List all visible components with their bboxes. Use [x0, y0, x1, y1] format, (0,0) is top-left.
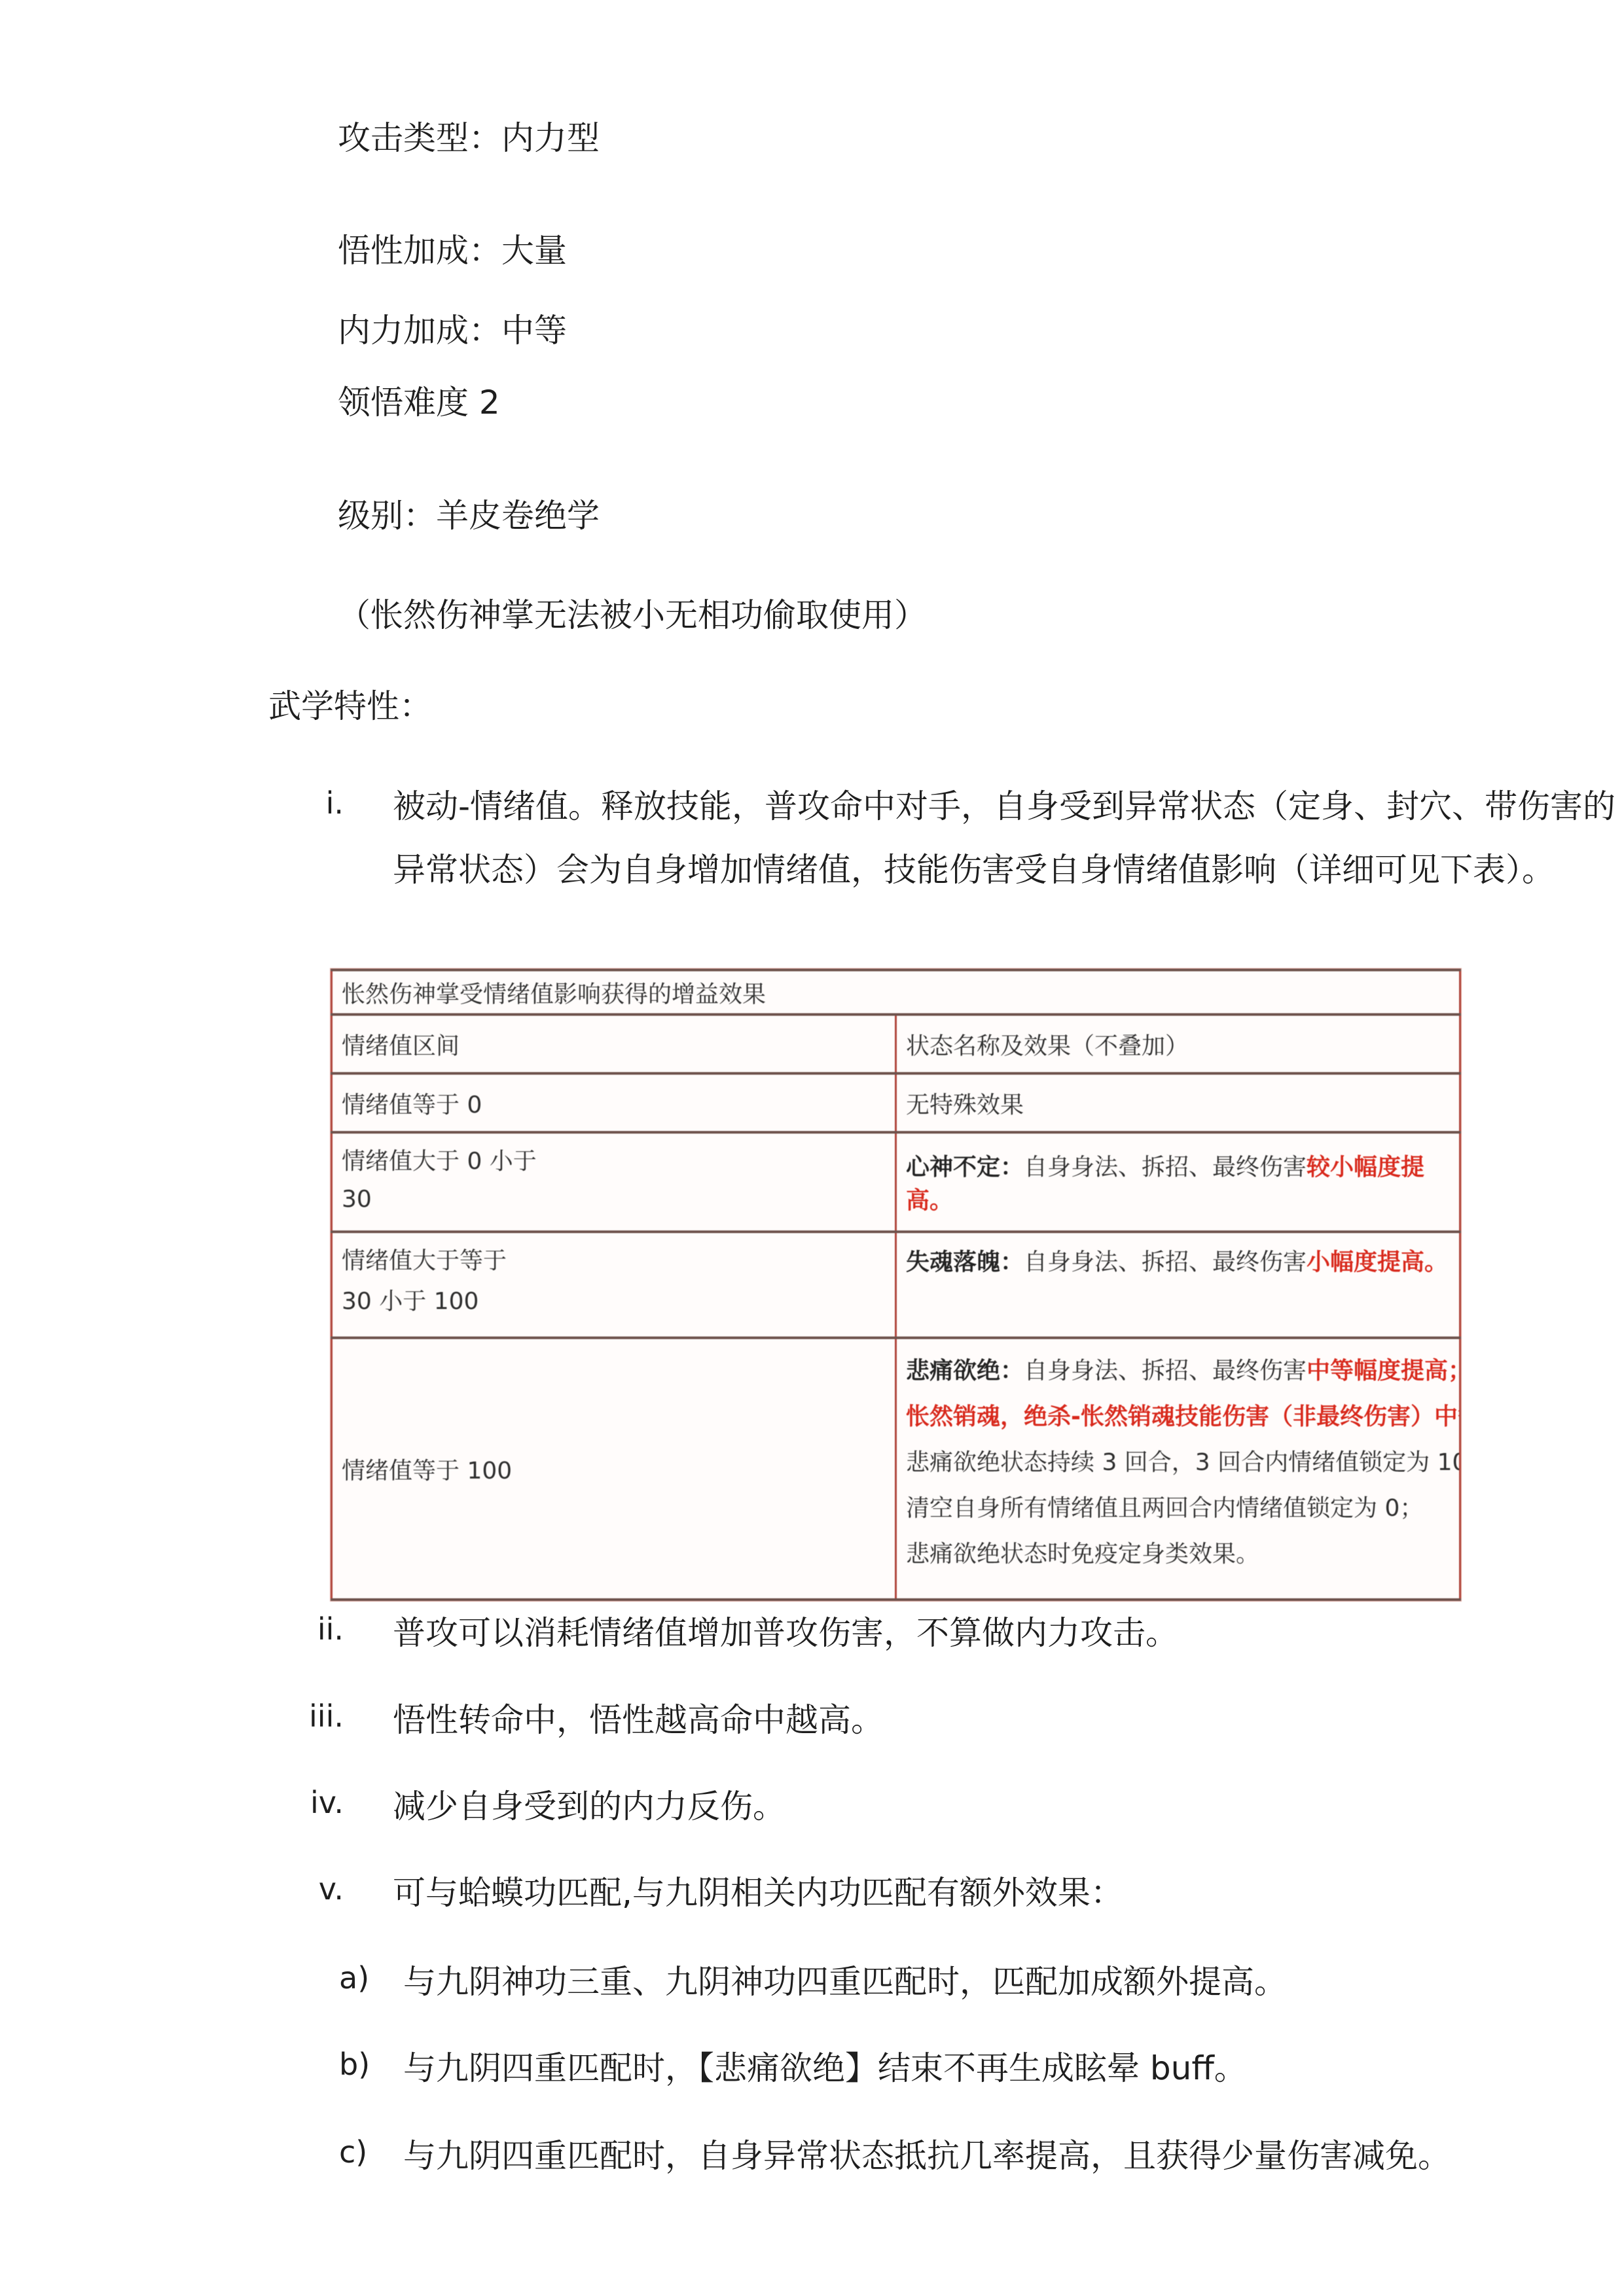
table-row: 情绪值等于 0 无特殊效果 — [332, 1073, 1460, 1132]
list-marker-b: b) — [339, 2047, 370, 2082]
table-row: 情绪值大于等于 30 小于 100 失魂落魄：自身身法、拆招、最终伤害小幅度提高… — [332, 1232, 1460, 1338]
row1-effect-mid: 自身身法、拆招、最终伤害 — [1024, 1154, 1307, 1181]
trait-iv-text: 减少自身受到的内力反伤。 — [393, 1780, 785, 1827]
row2-effect-mid: 自身身法、拆招、最终伤害 — [1024, 1249, 1307, 1276]
row3-effect-line3: 悲痛欲绝状态持续 3 回合，3 回合内情绪值锁定为 100，状态结束自身晕眩 1… — [906, 1440, 1450, 1486]
row2-effect: 失魂落魄：自身身法、拆招、最终伤害小幅度提高。 — [896, 1232, 1460, 1338]
trait-i-text: 被动-情绪值。释放技能，普攻命中对手，自身受到异常状态（定身、封穴、带伤害的 异… — [393, 780, 1615, 907]
subitem-c-text: 与九阴四重匹配时，自身异常状态抵抗几率提高，且获得少量伤害减免。 — [403, 2130, 1451, 2177]
stat-grade: 级别：羊皮卷绝学 — [338, 495, 600, 537]
table-row: 情绪值等于 100 悲痛欲绝：自身身法、拆招、最终伤害中等幅度提高； 怅然销魂，… — [332, 1338, 1460, 1600]
list-marker-iv: iv. — [285, 1785, 344, 1820]
trait-ii-text: 普攻可以消耗情绪值增加普攻伤害，不算做内力攻击。 — [393, 1607, 1178, 1654]
list-marker-iii: iii. — [285, 1698, 344, 1734]
emotion-buff-table: 怅然伤神掌受情绪值影响获得的增益效果 情绪值区间 状态名称及效果（不叠加） 情绪… — [331, 969, 1461, 1601]
trait-i-line1: 被动-情绪值。释放技能，普攻命中对手，自身受到异常状态（定身、封穴、带伤害的 — [393, 780, 1615, 844]
row1-effect: 心神不定：自身身法、拆招、最终伤害较小幅度提高。 — [896, 1132, 1460, 1232]
row3-effect-line4: 清空自身所有情绪值且两回合内情绪值锁定为 0； — [906, 1486, 1450, 1532]
table-title-row: 怅然伤神掌受情绪值影响获得的增益效果 — [332, 970, 1460, 1014]
row0-range: 情绪值等于 0 — [332, 1073, 896, 1132]
list-marker-a: a) — [339, 1960, 369, 1996]
row2-effect-highlight: 小幅度提高。 — [1307, 1249, 1448, 1276]
list-marker-c: c) — [339, 2134, 367, 2170]
row2-status-name: 失魂落魄： — [906, 1249, 1024, 1276]
row2-range-line2: 30 小于 100 — [342, 1282, 886, 1322]
row2-range-line1: 情绪值大于等于 — [342, 1241, 886, 1282]
stat-note: （怅然伤神掌无法被小无相功偷取使用） — [338, 595, 927, 636]
trait-iii-text: 悟性转命中，悟性越高命中越高。 — [393, 1694, 884, 1741]
header-col1: 情绪值区间 — [332, 1014, 896, 1073]
list-marker-ii: ii. — [285, 1611, 344, 1647]
table-header-row: 情绪值区间 状态名称及效果（不叠加） — [332, 1014, 1460, 1073]
stat-wuxing-bonus: 悟性加成：大量 — [338, 230, 567, 272]
stat-difficulty: 领悟难度 2 — [338, 382, 500, 423]
row3-status-name: 悲痛欲绝： — [906, 1357, 1024, 1384]
table-title: 怅然伤神掌受情绪值影响获得的增益效果 — [332, 970, 1460, 1014]
row1-status-name: 心神不定： — [906, 1154, 1024, 1181]
row3-range: 情绪值等于 100 — [332, 1338, 896, 1600]
row1-range: 情绪值大于 0 小于 30 — [332, 1132, 896, 1232]
row2-range: 情绪值大于等于 30 小于 100 — [332, 1232, 896, 1338]
row3-effect-line1: 悲痛欲绝：自身身法、拆招、最终伤害中等幅度提高； — [906, 1348, 1450, 1394]
table-row: 情绪值大于 0 小于 30 心神不定：自身身法、拆招、最终伤害较小幅度提高。 — [332, 1132, 1460, 1232]
stat-attack-type: 攻击类型：内力型 — [338, 118, 600, 159]
document-page: 攻击类型：内力型 悟性加成：大量 内力加成：中等 领悟难度 2 级别：羊皮卷绝学… — [0, 0, 1624, 2296]
subitem-a-text: 与九阴神功三重、九阴神功四重匹配时，匹配加成额外提高。 — [403, 1956, 1287, 2003]
stat-neili-bonus: 内力加成：中等 — [338, 310, 567, 351]
row3-effect-line5: 悲痛欲绝状态时免疫定身类效果。 — [906, 1532, 1450, 1577]
trait-v-text: 可与蛤蟆功匹配,与九阴相关内功匹配有额外效果： — [393, 1867, 1123, 1914]
row3-effect: 悲痛欲绝：自身身法、拆招、最终伤害中等幅度提高； 怅然销魂，绝杀-怅然销魂技能伤… — [896, 1338, 1460, 1600]
row3-effect-highlight: 中等幅度提高； — [1307, 1357, 1460, 1384]
row0-effect: 无特殊效果 — [896, 1073, 1460, 1132]
trait-i-line2: 异常状态）会为自身增加情绪值，技能伤害受自身情绪值影响（详细可见下表）。 — [393, 844, 1615, 907]
list-marker-v: v. — [285, 1871, 344, 1907]
header-col2: 状态名称及效果（不叠加） — [896, 1014, 1460, 1073]
row1-range-line1: 情绪值大于 0 小于 — [342, 1143, 886, 1181]
list-marker-i: i. — [285, 785, 344, 821]
row3-effect-mid: 自身身法、拆招、最终伤害 — [1024, 1357, 1307, 1384]
traits-heading: 武学特性： — [268, 686, 432, 727]
subitem-b-text: 与九阴四重匹配时，【悲痛欲绝】结束不再生成眩晕 buff。 — [403, 2042, 1247, 2089]
row3-effect-redline: 怅然销魂，绝杀-怅然销魂技能伤害（非最终伤害）中等幅度提高 — [906, 1394, 1450, 1440]
row1-range-line2: 30 — [342, 1181, 886, 1219]
